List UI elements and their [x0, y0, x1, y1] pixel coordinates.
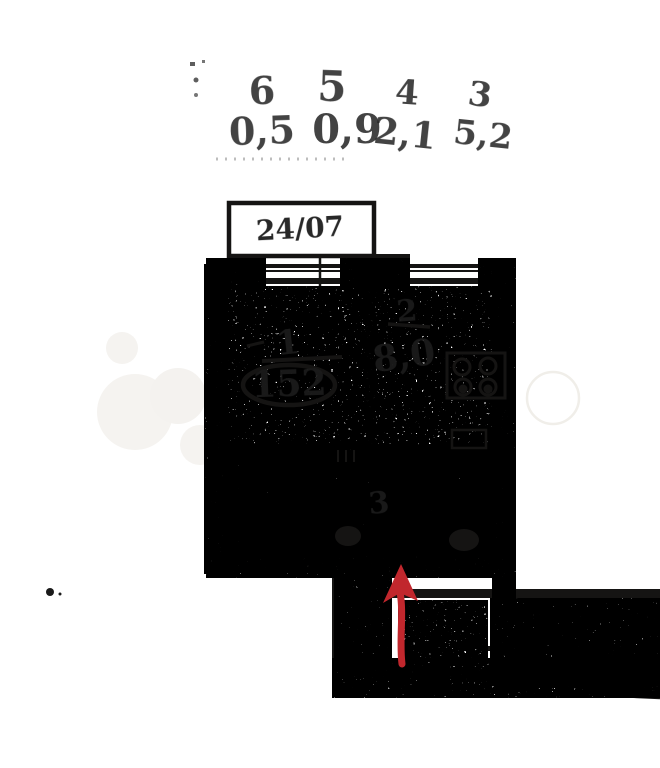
header-room-number-3: 3 [466, 77, 494, 114]
room-2-area-label: 8,0 [370, 334, 437, 378]
header-room-number-4: 4 [394, 75, 420, 111]
sink-shape [449, 529, 479, 551]
room-3-number-label: 3 [367, 488, 390, 520]
header-room-number-6: 6 [248, 72, 276, 111]
header-area-0-5: 0,5 [228, 111, 295, 151]
header-area-5-2: 5,2 [452, 115, 514, 155]
header-area-0-9: 0,9 [312, 110, 382, 150]
noise-texture [204, 258, 660, 698]
room-1-area-label: 152 [251, 365, 327, 404]
header-room-number-5: 5 [317, 66, 348, 109]
room-2-number-label: 2 [396, 296, 419, 327]
room-1-number-label: 1 [274, 325, 301, 361]
toilet-shape [335, 526, 361, 546]
balcony-label: 24/07 [255, 213, 345, 246]
header-area-2-1: 2,1 [372, 113, 438, 155]
floor-plan-scan: 6 5 4 3 0,5 0,9 2,1 5,2 24/07 1 152 2 8,… [0, 0, 660, 768]
